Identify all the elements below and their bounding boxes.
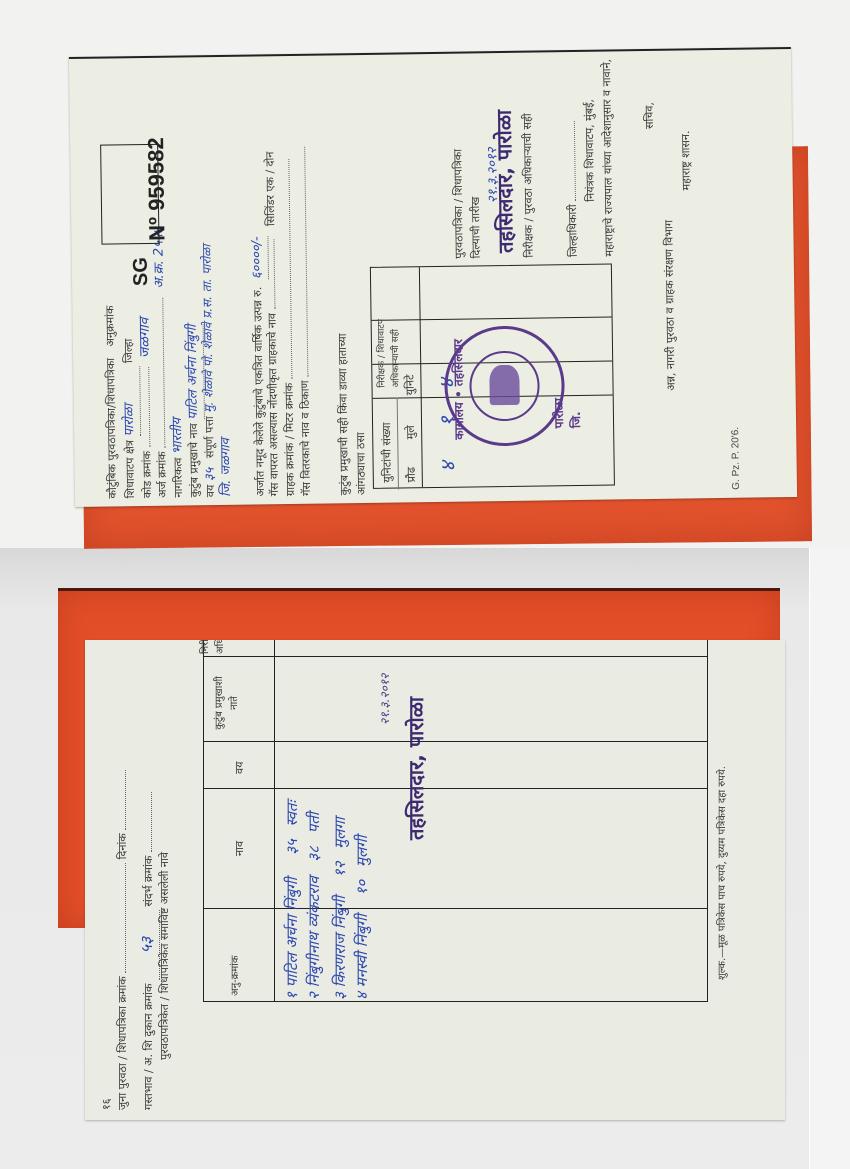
member-row-3: ३ किरणराज निंबुगी १२ मुलगा xyxy=(330,817,350,1000)
card-number: 959582 xyxy=(143,137,169,211)
supply-officer-signature-label: निरीक्षक / पुरवठा अधिकाऱ्याची सही xyxy=(520,113,539,258)
application-label: अर्ज क्रमांक xyxy=(155,451,169,498)
stamp-top-text: कार्यालय • तहसिलदार xyxy=(449,339,467,440)
member-sr: ४ xyxy=(353,992,371,1000)
member-relation: स्वतः xyxy=(283,801,301,827)
col-header-age: वय xyxy=(232,762,249,775)
member-name: किरणराज निंबुगी xyxy=(331,896,349,987)
stamp-bottom-text: पारोळा जि. xyxy=(550,398,584,429)
tahsildar-seal-inner: तहसिलदार, पारोळा xyxy=(402,697,429,840)
head-signature-label: कुटुंब प्रमुखाची सही किंवा डाव्या हाताच्… xyxy=(336,333,368,495)
member-age: ३८ xyxy=(305,846,323,862)
tahsildar-office-stamp: कार्यालय • तहसिलदार पारोळा जि. xyxy=(444,325,566,447)
citizenship-label: नागरिकत्व xyxy=(171,458,185,498)
press-code: G. Pz. P. 20'6. xyxy=(730,427,742,490)
age-value: ३५ xyxy=(203,467,218,481)
card-title: कौटुंबिक पुरवठापत्रिका/शिधापत्रिका xyxy=(104,358,119,499)
age-label: वय xyxy=(204,485,217,498)
head-name-label: कुटुंब प्रमुखाचे नाव xyxy=(187,423,201,497)
adults-header: प्रौढ xyxy=(404,467,421,483)
district-label: जिल्हा xyxy=(122,339,135,364)
member-name: पाटिल अर्चना निंबुगी xyxy=(283,878,301,988)
col-header-name: नाव xyxy=(232,841,249,856)
tahsildar-seal: तहसिलदार, पारोळा xyxy=(490,110,519,253)
fee-note: शुल्क.—मूळ पत्रिकेस पाच रुपये, दुय्यम पत… xyxy=(715,766,730,980)
member-sr: ३ xyxy=(331,992,349,1000)
address-district-value: जि. जळगाव xyxy=(218,438,234,497)
member-sr: २ xyxy=(305,992,323,1000)
units-table: युनिटांची संख्या प्रौढ मुले युनिटे निरीक… xyxy=(370,264,615,489)
children-header: मुले xyxy=(403,425,420,439)
member-relation: पती xyxy=(305,812,323,833)
issue-date-label: पुरवठापत्रिका / शिधापत्रिका दिल्याची तार… xyxy=(450,118,485,258)
number-prefix: Nº xyxy=(144,217,169,241)
col-header-officer-sign: निरीक्षक / शिधावाटप अधिकाऱ्याची सही xyxy=(198,640,228,654)
gas-dealer-label: गॅस वितरकाचे नाव व ठिकाण xyxy=(298,380,313,495)
old-card-line: जुना पुरवठा / शिधापत्रिका क्रमांक दिनांक xyxy=(115,770,132,1110)
date-label: दिनांक xyxy=(116,833,129,859)
gas-dealer-line: गॅस वितरकाचे नाव व ठिकाण xyxy=(294,147,315,496)
ration-card-front-page: कौटुंबिक पुरवठापत्रिका/शिधापत्रिका अनुक्… xyxy=(69,47,797,507)
district-address-line: जि. जळगाव xyxy=(216,438,236,497)
col-header-sr: अनु-क्रमांक xyxy=(228,956,243,997)
shop-label: गस्तभाव / अ. शि दुकान क्रमांक xyxy=(142,984,155,1110)
department-line: अन्न, नागरी पुरवठा व ग्राहक संरक्षण विभा… xyxy=(661,220,680,391)
col-header-relation: कुटुंब प्रमुखाशी नाते xyxy=(212,670,242,736)
gas-label: गॅस वापरत असल्यास नोंदणीकृत ग्राहकाचे ना… xyxy=(265,313,281,496)
cylinder-label: सिलिंडर एक / दोन xyxy=(263,151,277,226)
member-age: १० xyxy=(353,880,371,896)
area-label: शिधावाटप क्षेत्र xyxy=(123,440,137,498)
consumer-no-label: ग्राहक क्रमांक / मिटर क्रमांक xyxy=(282,383,297,496)
officer-signature-date: २१.३.२०१२ xyxy=(376,674,393,725)
member-row-1: १ पाटिल अर्चना निंबुगी ३५ स्वतः xyxy=(282,801,302,1000)
member-relation: मुलगा xyxy=(331,817,349,848)
series-code: SG xyxy=(130,257,153,286)
member-age: ३५ xyxy=(283,839,301,855)
officer-signature-header: निरीक्षक / शिधावाटप अधिकाऱ्याची सही xyxy=(375,287,403,387)
units-header: युनिटांची संख्या xyxy=(379,422,396,482)
reference-label: संदर्भ क्रमांक xyxy=(142,856,155,907)
member-row-4: ४ मनस्वी निंबुगी १० मुलगी xyxy=(352,836,372,1000)
member-name: मनस्वी निंबुगी xyxy=(353,914,371,987)
serial-label: अनुक्रमांक xyxy=(103,305,117,346)
head-signature-line: कुटुंब प्रमुखाची सही किंवा डाव्या हाताच्… xyxy=(335,315,371,495)
card-title-line: कौटुंबिक पुरवठापत्रिका/शिधापत्रिका अनुक्… xyxy=(102,305,121,498)
members-table-title: पुरवठापत्रिकेत / शिधापत्रिकेत समाविष्ट अ… xyxy=(157,852,174,1060)
district-officer-line: जिल्हाधिकारी xyxy=(564,121,582,257)
member-age: १२ xyxy=(331,862,349,878)
members-table: अनु-क्रमांक नाव वय कुटुंब प्रमुखाशी नाते… xyxy=(203,640,708,1002)
member-sr: १ xyxy=(283,992,301,1000)
controller-line: नियंत्रक शिधावाटप, मुंबई, xyxy=(582,99,600,202)
page-number: १६ xyxy=(99,1099,116,1110)
governor-order-line: महाराष्ट्राचे राज्यपाल यांच्या आदेशानुसा… xyxy=(599,59,618,257)
address-value: मु. शेळावे पो. शेळावे प्र.स. ता. पारोळा xyxy=(200,244,216,412)
ashoka-emblem-icon xyxy=(489,365,520,405)
member-row-2: २ निंबुगीनाथ व्यंकटराव ३८ पती xyxy=(304,812,324,1000)
district-officer-label: जिल्हाधिकारी xyxy=(566,204,580,257)
government-line: महाराष्ट्र शासन. xyxy=(678,130,695,190)
serial-number-box: Nº 959582 xyxy=(100,144,159,245)
member-name: निंबुगीनाथ व्यंकटराव xyxy=(305,876,323,987)
secretary-label: सचिव, xyxy=(642,102,659,129)
units-col-header: युनिटे xyxy=(402,374,419,395)
member-relation: मुलगी xyxy=(353,836,371,867)
address-label: संपूर्ण पत्ता xyxy=(203,416,217,458)
adults-value: ४ xyxy=(434,461,461,472)
ration-card-inner-page: १६ जुना पुरवठा / शिधापत्रिका क्रमांक दिन… xyxy=(85,640,785,1120)
old-card-label: जुना पुरवठा / शिधापत्रिका क्रमांक xyxy=(116,976,129,1110)
